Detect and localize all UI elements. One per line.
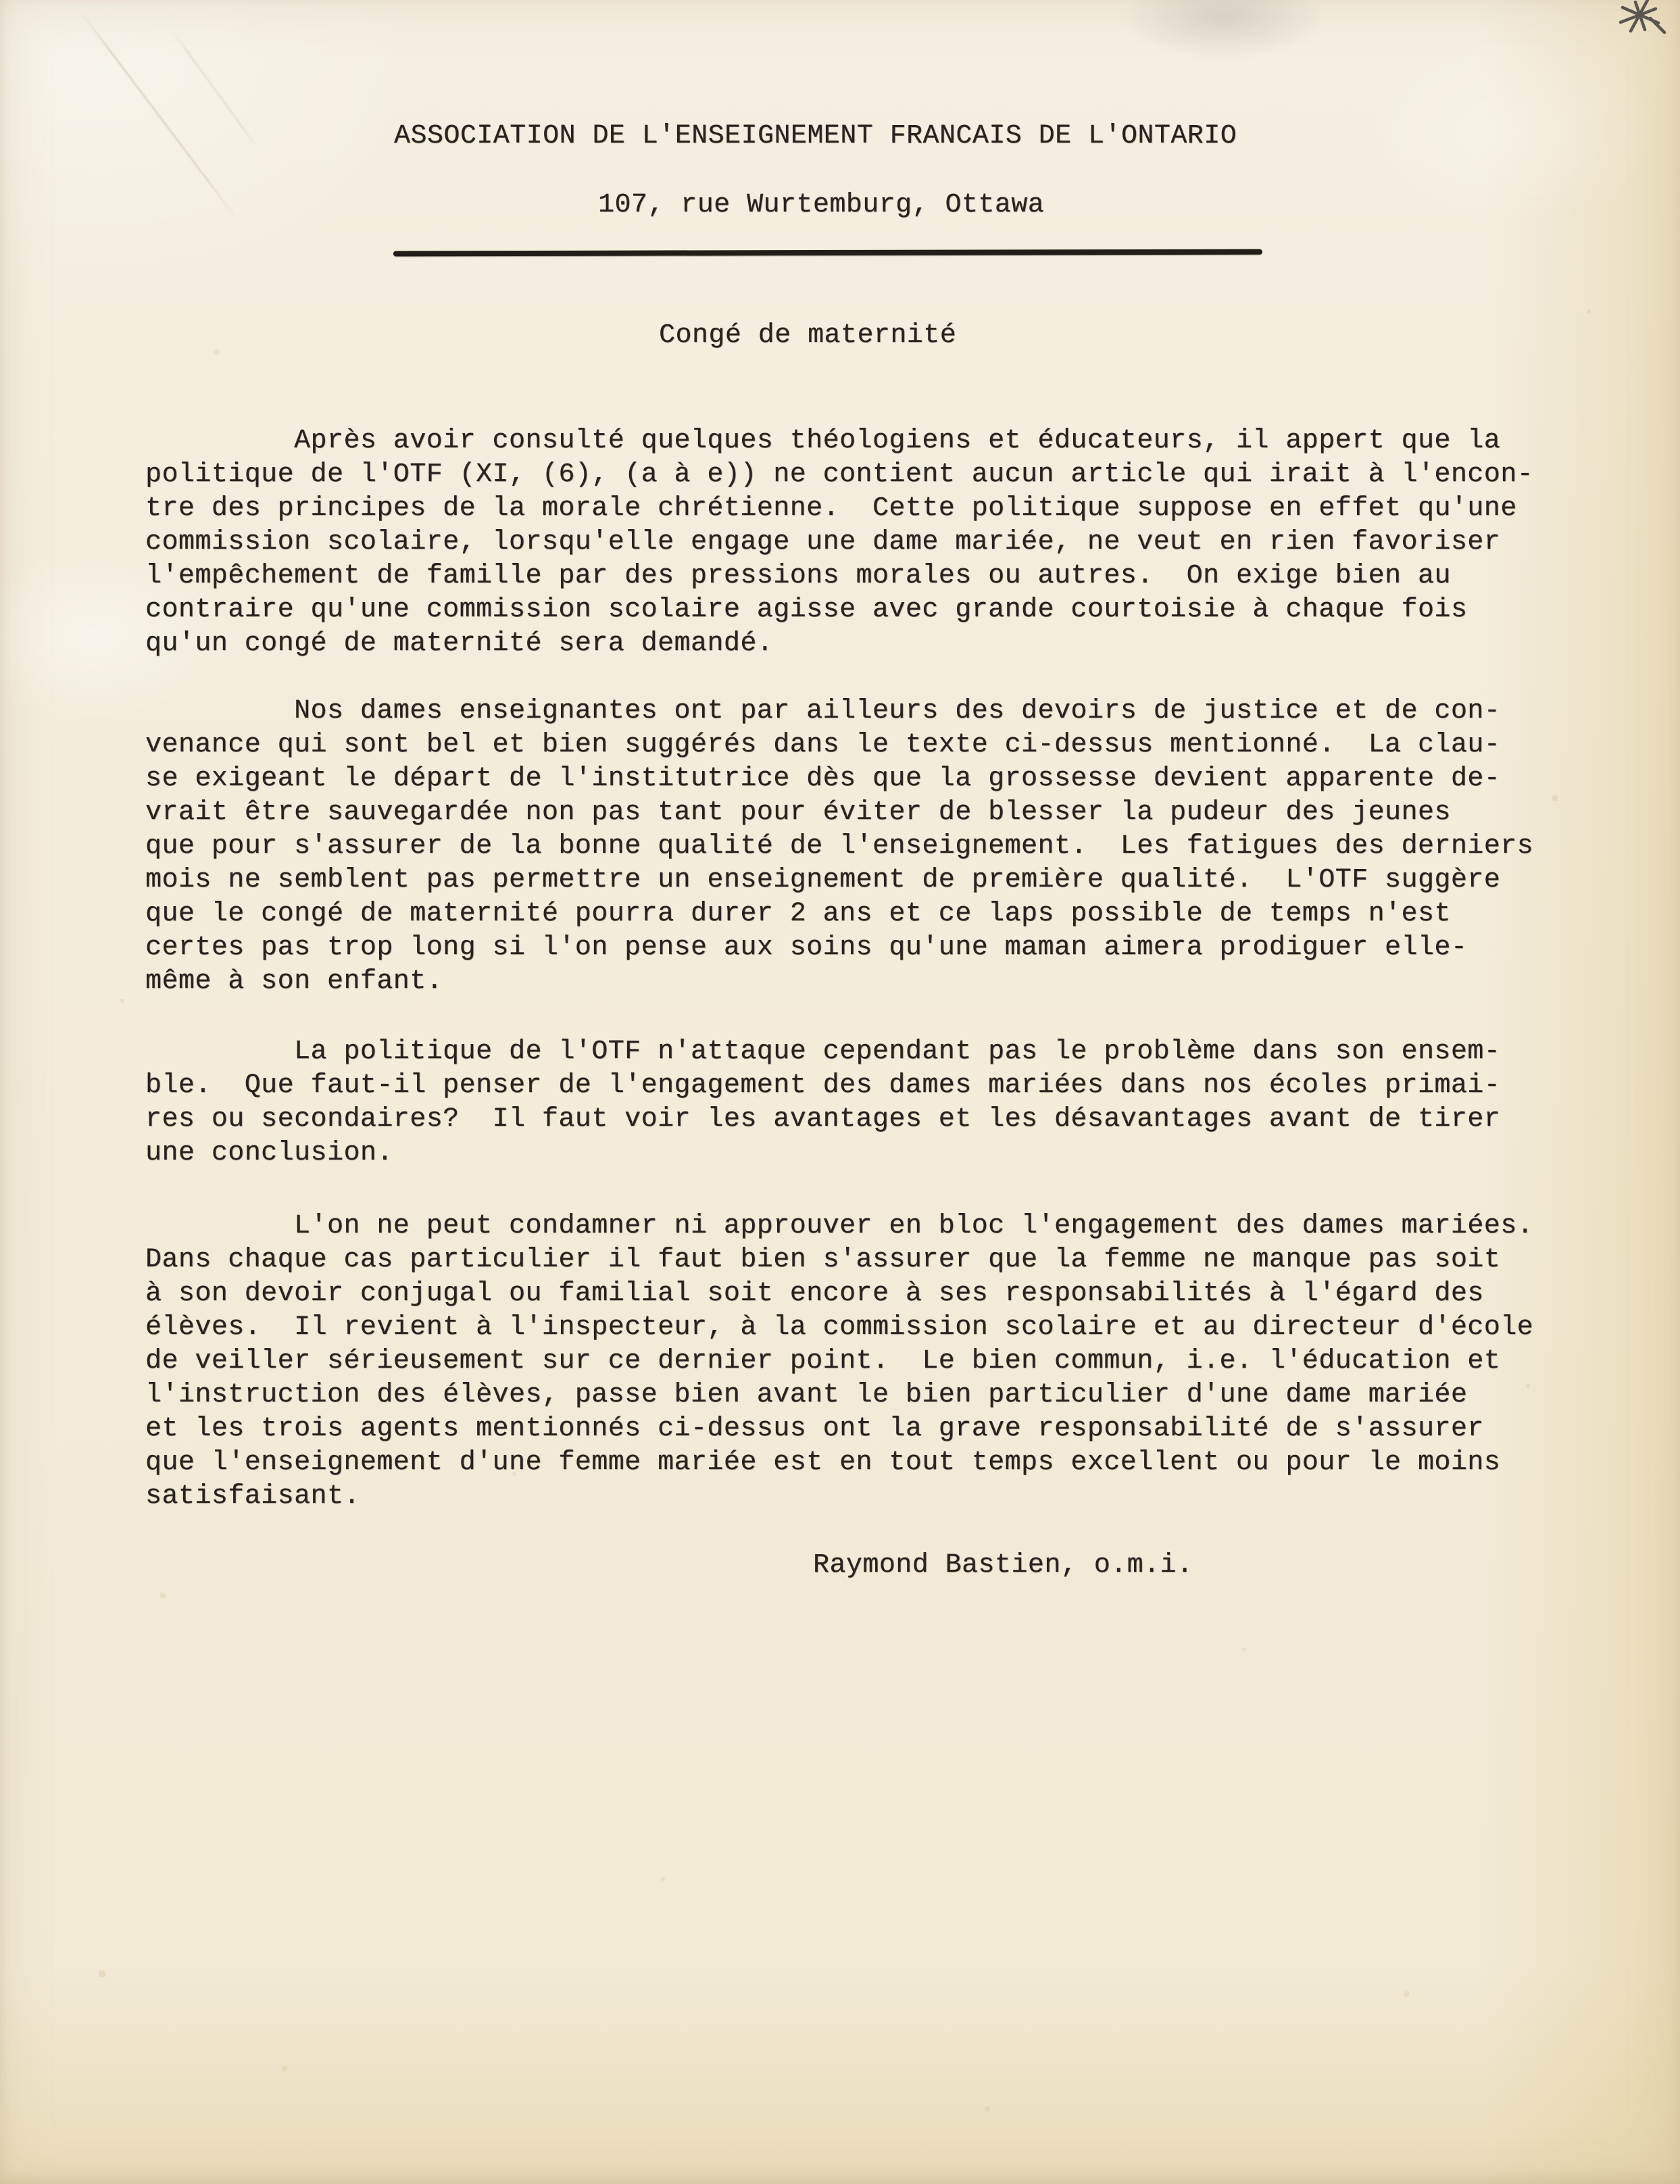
document-title: Congé de maternité — [659, 319, 956, 353]
paragraph-1: Après avoir consulté quelques théologien… — [145, 424, 1533, 661]
paper-crease — [78, 9, 238, 221]
organization-address: 107, rue Wurtemburg, Ottawa — [598, 189, 1044, 222]
paper-speckles — [0, 0, 1, 1]
pencil-smudge — [1122, 0, 1325, 61]
signature: Raymond Bastien, o.m.i. — [813, 1549, 1193, 1583]
paper-crease — [171, 30, 260, 152]
paragraph-4: L'on ne peut condamner ni approuver en b… — [145, 1210, 1533, 1514]
organization-name: ASSOCIATION DE L'ENSEIGNEMENT FRANCAIS D… — [394, 120, 1237, 153]
paragraph-2: Nos dames enseignantes ont par ailleurs … — [145, 695, 1533, 999]
paragraph-3: La politique de l'OTF n'attaque cependan… — [145, 1035, 1500, 1170]
handwritten-asterisk-icon — [1616, 0, 1671, 41]
header-divider-rule — [393, 249, 1262, 257]
scanned-document-page: ASSOCIATION DE L'ENSEIGNEMENT FRANCAIS D… — [0, 0, 1680, 2184]
